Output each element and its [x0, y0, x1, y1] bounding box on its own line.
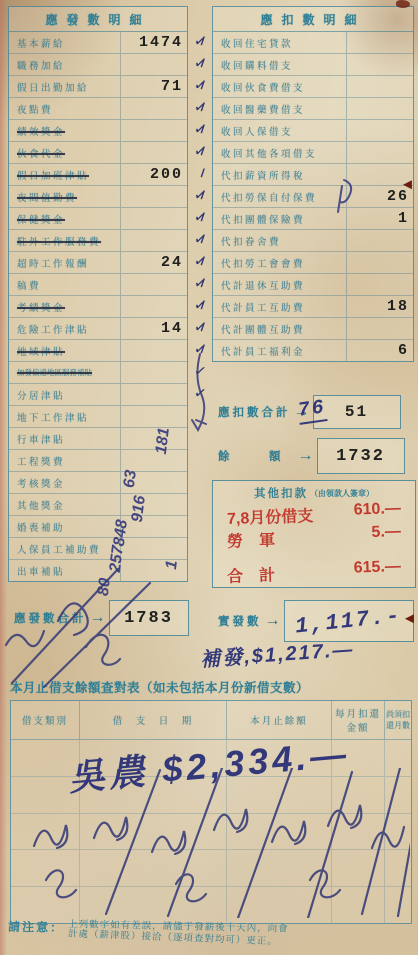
earnings-row-value: 1474 — [120, 32, 187, 53]
earnings-row-value: 200 — [120, 164, 187, 185]
deduction-row-value: 1 — [346, 208, 413, 229]
deduction-row: 收回購料借支/ — [213, 54, 413, 76]
earnings-total: 應發數合計 → 1783 — [14, 600, 189, 636]
earnings-table-title: 應發數明細 — [9, 7, 187, 32]
deduction-row: 代計員工福利金6/ — [213, 340, 413, 361]
deductions-table-title: 應扣數明細 — [213, 7, 413, 32]
earnings-row-label: 地下工作津貼 — [9, 410, 120, 424]
loan-table-cell — [11, 814, 80, 850]
other-deductions-total-label: 合 計 — [227, 562, 276, 587]
earnings-table: 應發數明細 基本薪給1474✓職務加給✓假日出勤加給71✓夜點費✓績效獎金✓伙食… — [8, 6, 188, 582]
deductions-total-value: 51 — [345, 403, 368, 421]
earnings-row-value — [120, 406, 187, 427]
loan-table-cell — [385, 777, 411, 813]
other-deductions-box: 其他扣款 （由領款人簽章） 7,8月份借支610.—勞 軍5.— 合 計 615… — [212, 480, 416, 588]
deduction-row-value — [346, 274, 413, 295]
deduction-row-value — [346, 76, 413, 97]
earnings-row-label: 超時工作報酬 — [9, 256, 120, 270]
deduction-row-value — [346, 142, 413, 163]
other-deduction-item: 勞 軍 — [227, 527, 276, 552]
rotated-handwritten-figure: 80 — [95, 577, 115, 597]
earnings-row-label: 人保員工補助費 — [9, 542, 120, 556]
earnings-row: 其他獎金 — [9, 494, 187, 516]
earnings-row-value — [120, 384, 187, 405]
deduction-row: 代扣勞工會會費/ — [213, 252, 413, 274]
deduction-row-label: 收回住宅貸款 — [213, 36, 346, 50]
earnings-row-label: 職務加給 — [9, 58, 120, 72]
checkmark-icon: ✓ — [193, 361, 209, 381]
loan-column-header: 借支類別 — [11, 701, 80, 739]
loan-table-row — [11, 850, 411, 887]
deduction-row: 代扣眷舍費/ — [213, 230, 413, 252]
earnings-row-label: 夜間值勤費 — [9, 190, 120, 204]
balance-label: 餘 額 — [218, 448, 295, 464]
earnings-row-label: 地域津貼 — [9, 344, 120, 358]
earnings-row-value — [120, 120, 187, 141]
deduction-row-value — [346, 54, 413, 75]
earnings-row: 地下工作津貼 — [9, 406, 187, 428]
earnings-row-label: 婚喪補助 — [9, 520, 120, 534]
deduction-row: 代扣薪資所得稅/ — [213, 164, 413, 186]
loan-table-row — [11, 814, 411, 851]
loan-table-row — [11, 887, 411, 923]
earnings-row-label: 行車津貼 — [9, 432, 120, 446]
deduction-row-label: 收回購料借支 — [213, 58, 346, 72]
deduction-row: 收回伙食費借支/ — [213, 76, 413, 98]
loan-column-header: 借 支 日 期 — [80, 701, 227, 739]
corner-red-stain — [396, 0, 410, 8]
earnings-row: 地域津貼✓△ — [9, 340, 187, 362]
earnings-row-value: 24 — [120, 252, 187, 273]
earnings-row-label: 基本薪給 — [9, 36, 120, 50]
earnings-row: 駐外工作服務費✓ — [9, 230, 187, 252]
rotated-handwritten-figure: 257 — [107, 545, 128, 574]
deduction-row: 代計退休互助費/ — [213, 274, 413, 296]
earnings-row: 超時工作報酬24✓ — [9, 252, 187, 274]
earnings-row: 加發偏遠地區服務補貼✓△ — [9, 362, 187, 384]
earnings-row: 危險工作津貼14✓ — [9, 318, 187, 340]
deduction-row-value — [346, 230, 413, 251]
loan-table-cell — [332, 850, 385, 886]
earnings-row: 考績獎金✓ — [9, 296, 187, 318]
earnings-row: 夜間值勤費✓ — [9, 186, 187, 208]
deduction-row-value: 6 — [346, 340, 413, 361]
earnings-row-label: 夜點費 — [9, 102, 120, 116]
earnings-total-label: 應發數合計 — [14, 610, 87, 626]
earnings-row-label: 工程獎費 — [9, 454, 120, 468]
other-deductions-title: 其他扣款 — [254, 485, 308, 501]
earnings-row-label: 其他獎金 — [9, 498, 120, 512]
margin-left-arrow-mark: ◄ — [402, 610, 417, 627]
arrow-icon: → — [265, 612, 281, 630]
loan-table-cell — [80, 850, 227, 886]
earnings-row: 保健獎金✓ — [9, 208, 187, 230]
other-deductions-title-note: （由領款人簽章） — [310, 488, 374, 499]
earnings-row-value — [120, 208, 187, 229]
earnings-total-box: 1783 — [109, 600, 189, 636]
deduction-row-value — [346, 98, 413, 119]
earnings-row: 假日出勤加給71✓ — [9, 76, 187, 98]
loan-column-header: 尚須扣 還月數 — [385, 701, 411, 739]
loan-table-cell — [385, 814, 411, 850]
earnings-row-label: 考核獎金 — [9, 476, 120, 490]
earnings-row: 婚喪補助 — [9, 516, 187, 538]
deduction-row-value — [346, 318, 413, 339]
deduction-row-label: 代計員工福利金 — [213, 344, 346, 358]
deductions-total-handwritten: 76 — [296, 396, 327, 425]
rotated-handwritten-figure: 848 — [111, 519, 132, 548]
margin-left-arrow-mark: ◄ — [400, 176, 415, 193]
deduction-row: 代計員工互助費18/ — [213, 296, 413, 318]
earnings-row-label: 假日出勤加給 — [9, 80, 120, 94]
arrow-icon: → — [90, 609, 106, 627]
earnings-row: 伙食代金✓ — [9, 142, 187, 164]
earnings-row-label: 出車補貼 — [9, 564, 120, 578]
deduction-row: 收回醫藥費借支/ — [213, 98, 413, 120]
loan-table-cell — [227, 850, 332, 886]
deduction-row-label: 收回其他各項借支 — [213, 146, 346, 160]
deduction-row: 收回其他各項借支/ — [213, 142, 413, 164]
earnings-row-value — [120, 362, 187, 383]
earnings-row-label: 加發偏遠地區服務補貼 — [9, 367, 120, 378]
loan-table: 借支類別借 支 日 期本月止餘額每月扣還金額尚須扣 還月數 — [10, 700, 412, 924]
loan-table-cell — [385, 887, 411, 923]
deduction-row: 代扣團體保險費1/ — [213, 208, 413, 230]
other-deduction-amount: 5.— — [371, 523, 401, 547]
deduction-row-value — [346, 252, 413, 273]
loan-table-cell — [11, 850, 80, 886]
deduction-row: 代計團體互助費/ — [213, 318, 413, 340]
earnings-row-label: 假日加班津貼 — [9, 168, 120, 182]
loan-table-cell — [332, 887, 385, 923]
earnings-row: 夜點費✓ — [9, 98, 187, 120]
earnings-row-label: 伙食代金 — [9, 146, 120, 160]
deduction-row-label: 代計員工互助費 — [213, 300, 346, 314]
earnings-row-label: 考績獎金 — [9, 300, 120, 314]
earnings-row-value — [120, 274, 187, 295]
earnings-row-value — [120, 54, 187, 75]
balance-box: 1732 — [317, 438, 405, 474]
deduction-row-label: 收回伙食費借支 — [213, 80, 346, 94]
balance-value: 1732 — [336, 447, 385, 466]
deduction-row-label: 代扣勞工會會費 — [213, 256, 346, 270]
other-deduction-item: 7,8月份借支 — [227, 503, 314, 529]
checkmark-icon: ✓ — [193, 383, 209, 403]
earnings-row-label: 駐外工作服務費 — [9, 234, 120, 248]
earnings-row: 考核獎金 — [9, 472, 187, 494]
earnings-total-value: 1783 — [124, 609, 173, 628]
tick-mark-icon: / — [200, 166, 205, 180]
deduction-row: 收回住宅貸款/ — [213, 32, 413, 54]
deduction-row-label: 代扣眷舍費 — [213, 234, 346, 248]
loan-table-cell — [332, 814, 385, 850]
other-deduction-amount: 610.— — [353, 500, 401, 525]
deduction-row-label: 收回醫藥費借支 — [213, 102, 346, 116]
earnings-row-value: 14 — [120, 318, 187, 339]
earnings-row: 人保員工補助費 — [9, 538, 187, 560]
earnings-row: 分居津貼✓ — [9, 384, 187, 406]
payslip-document: 應發數明細 基本薪給1474✓職務加給✓假日出勤加給71✓夜點費✓績效獎金✓伙食… — [0, 0, 418, 955]
other-deductions-entries: 7,8月份借支610.—勞 軍5.— — [213, 503, 415, 549]
net-pay-label: 實發數 — [218, 613, 262, 629]
deduction-row-label: 代計團體互助費 — [213, 322, 346, 336]
loan-table-cell — [227, 814, 332, 850]
deduction-row: 收回人保借支/ — [213, 120, 413, 142]
loan-table-cell — [385, 740, 411, 776]
rotated-handwritten-figure: 63 — [121, 469, 141, 489]
earnings-row-label: 績效獎金 — [9, 124, 120, 138]
earnings-row-label: 稿費 — [9, 278, 120, 292]
earnings-row: 職務加給✓ — [9, 54, 187, 76]
earnings-row-value: 71 — [120, 76, 187, 97]
deduction-row-label: 收回人保借支 — [213, 124, 346, 138]
loan-section-title: 本月止借支餘額查對表（如未包括本月份新借支數） — [10, 678, 309, 696]
earnings-row: 績效獎金✓ — [9, 120, 187, 142]
deductions-total-box: 51 76 — [313, 395, 401, 429]
deduction-row-value: 18 — [346, 296, 413, 317]
arrow-icon: → — [298, 447, 314, 465]
deductions-total-label: 應扣數合計 — [218, 404, 291, 420]
deduction-row-value — [346, 32, 413, 53]
loan-table-cell — [385, 850, 411, 886]
earnings-row-value — [120, 142, 187, 163]
deductions-table: 應扣數明細 收回住宅貸款/收回購料借支/收回伙食費借支/收回醫藥費借支/收回人保… — [212, 6, 414, 362]
loan-table-cell — [227, 887, 332, 923]
deduction-row: 代扣勞保自付保費26/ — [213, 186, 413, 208]
balance: 餘 額 → 1732 — [218, 438, 405, 474]
deduction-row-label: 代扣團體保險費 — [213, 212, 346, 226]
earnings-row-value — [120, 340, 187, 361]
deduction-row-label: 代計退休互助費 — [213, 278, 346, 292]
earnings-row-value — [120, 186, 187, 207]
loan-table-cell — [80, 887, 227, 923]
earnings-row: 基本薪給1474✓ — [9, 32, 187, 54]
rotated-handwritten-figure: 181 — [153, 427, 174, 456]
deduction-row-label: 代扣勞保自付保費 — [213, 190, 346, 204]
earnings-row-label: 保健獎金 — [9, 212, 120, 226]
deduction-row-label: 代扣薪資所得稅 — [213, 168, 346, 182]
rotated-handwritten-figure: 916 — [129, 495, 150, 524]
other-deductions-total-amount: 615.— — [353, 558, 401, 583]
earnings-row: 假日加班津貼200 — [9, 164, 187, 186]
deductions-total: 應扣數合計 → 51 76 — [218, 395, 401, 429]
earnings-row-label: 分居津貼 — [9, 388, 120, 402]
earnings-row-value — [120, 538, 187, 559]
loan-table-cell — [80, 814, 227, 850]
loan-table-cell — [332, 777, 385, 813]
earnings-row: 稿費✓ — [9, 274, 187, 296]
other-deductions-total-row: 合 計 615.— — [213, 557, 416, 587]
earnings-row-value — [120, 98, 187, 119]
deductions-rows: 收回住宅貸款/收回購料借支/收回伙食費借支/收回醫藥費借支/收回人保借支/收回其… — [213, 32, 413, 361]
earnings-row-value — [120, 296, 187, 317]
earnings-row-label: 危險工作津貼 — [9, 322, 120, 336]
deduction-row-value — [346, 120, 413, 141]
earnings-row-value — [120, 230, 187, 251]
earnings-rows: 基本薪給1474✓職務加給✓假日出勤加給71✓夜點費✓績效獎金✓伙食代金✓假日加… — [9, 32, 187, 581]
loan-table-header: 借支類別借 支 日 期本月止餘額每月扣還金額尚須扣 還月數 — [11, 701, 411, 740]
